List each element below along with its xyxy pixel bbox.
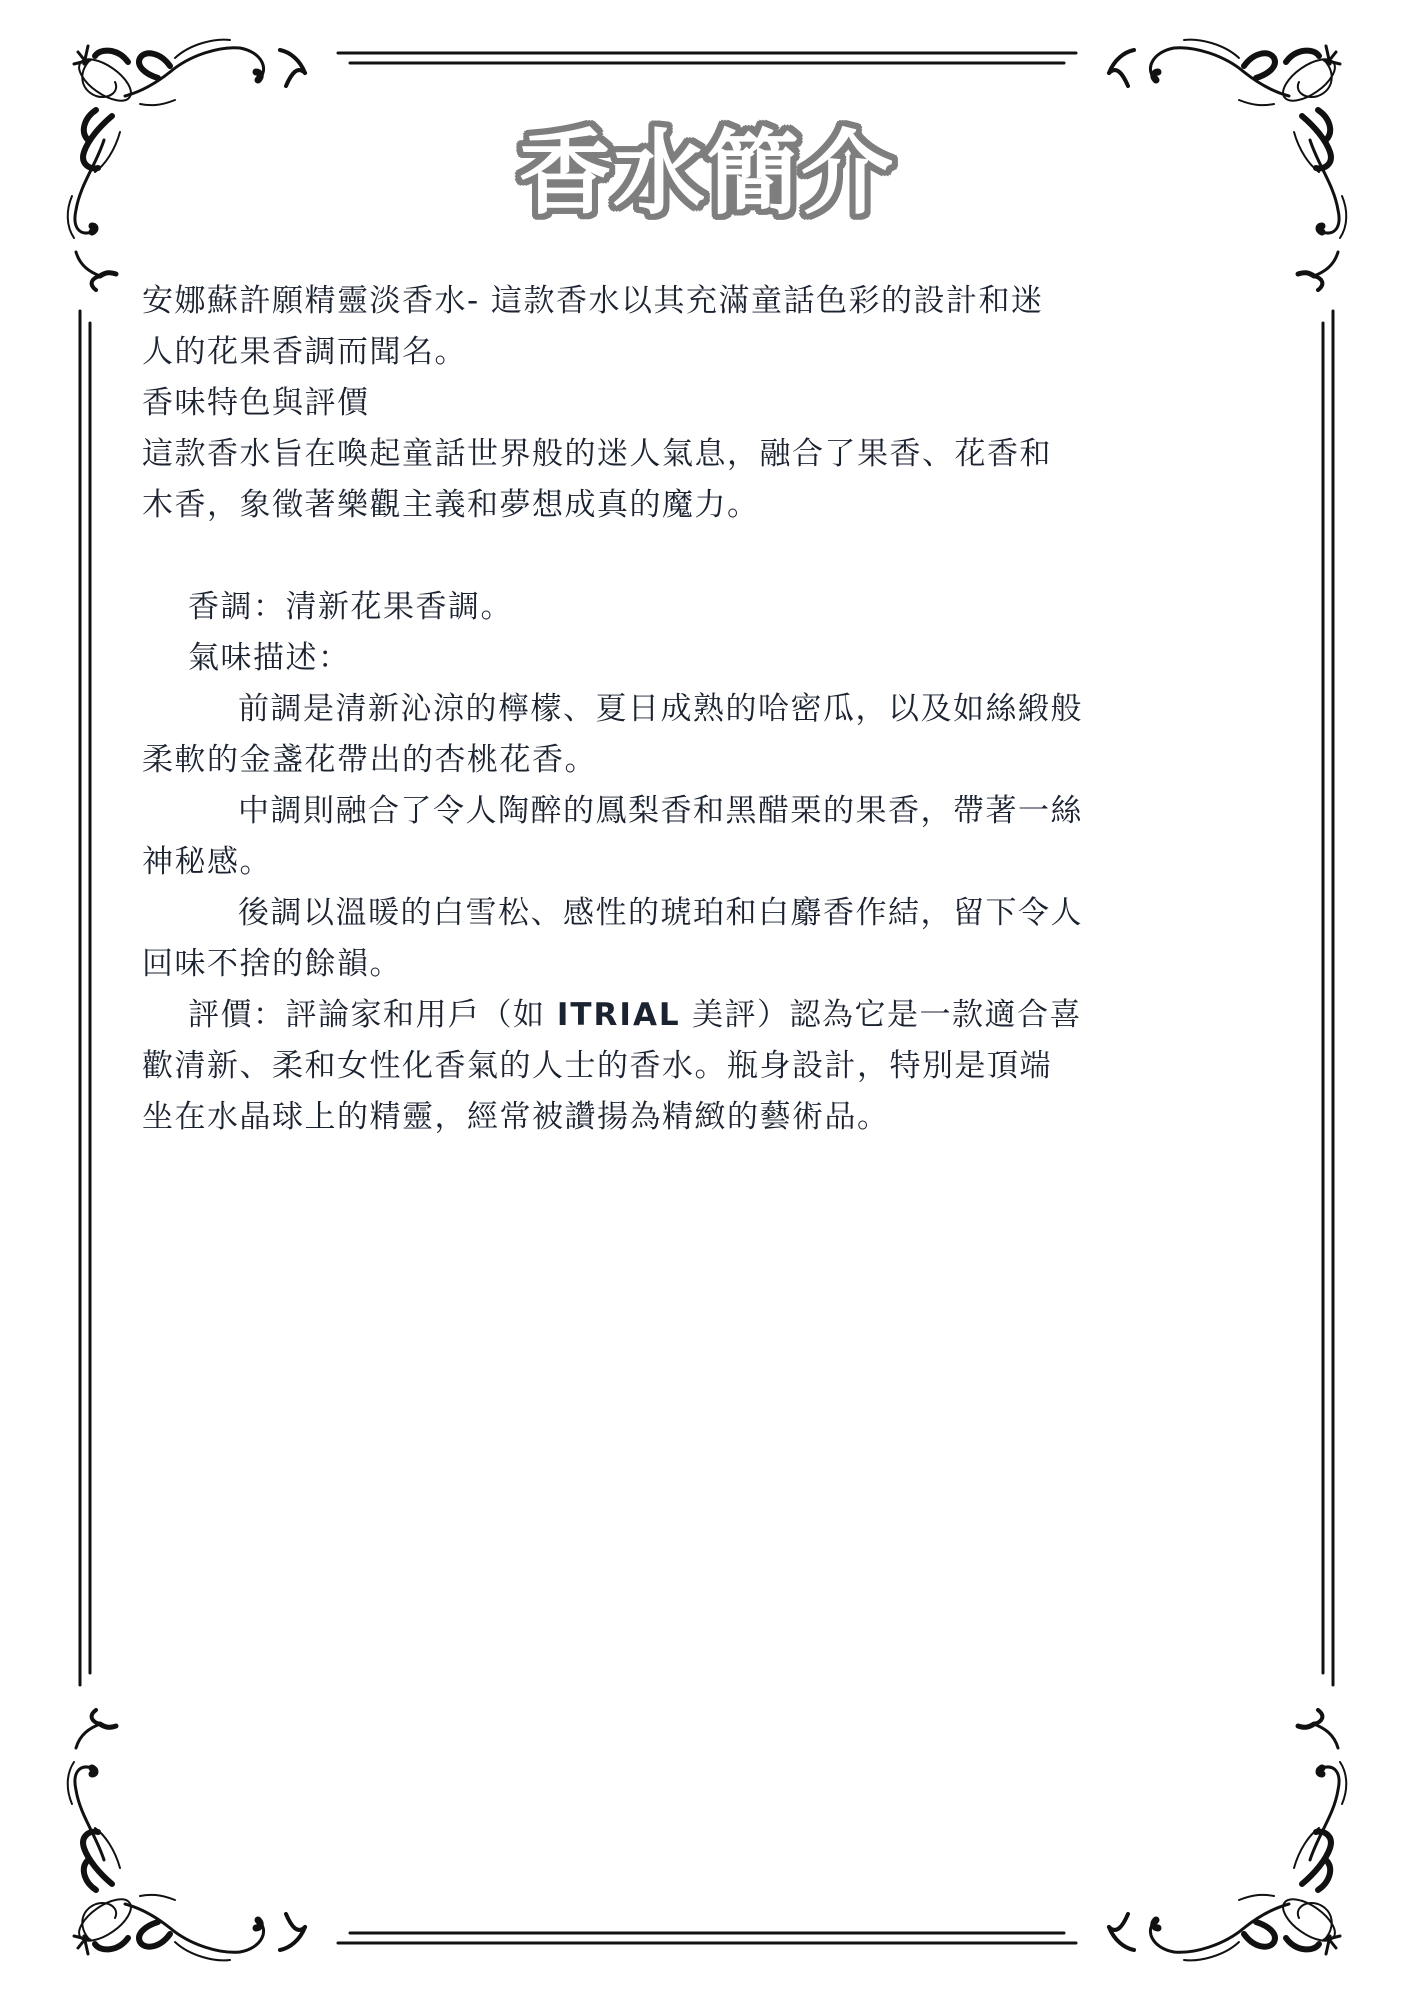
base-notes-line-2: 回味不捨的餘韻。 xyxy=(142,939,1282,990)
top-notes-line-2: 柔軟的金盞花帶出的杏桃花香。 xyxy=(142,735,1282,786)
summary-line-2: 木香，象徵著樂觀主義和夢想成真的魔力。 xyxy=(142,480,1282,531)
review-suffix: 美評）認為它是一款適合喜 xyxy=(681,997,1082,1033)
bottom-right-flourish xyxy=(1109,1710,1346,1960)
document-body: 安娜蘇許願精靈淡香水- 這款香水以其充滿童話色彩的設計和迷 人的花果香調而聞名。… xyxy=(142,276,1282,1143)
review-prefix: 評價：評論家和用戶（如 xyxy=(188,997,557,1033)
document-page: 香水簡介 安娜蘇許願精靈淡香水- 這款香水以其充滿童話色彩的設計和迷 人的花果香… xyxy=(0,0,1414,2000)
blank-spacer xyxy=(142,531,1282,582)
top-notes-line-1: 前調是清新沁涼的檸檬、夏日成熟的哈密瓜，以及如絲緞般 xyxy=(142,684,1282,735)
review-source-brand: ITRIAL xyxy=(557,997,681,1033)
summary-line-1: 這款香水旨在喚起童話世界般的迷人氣息，融合了果香、花香和 xyxy=(142,429,1282,480)
fragrance-family: 香調：清新花果香調。 xyxy=(142,582,1282,633)
section-heading: 香味特色與評價 xyxy=(142,378,1282,429)
middle-notes-line-1: 中調則融合了令人陶醉的鳳梨香和黑醋栗的果香，帶著一絲 xyxy=(142,786,1282,837)
page-title: 香水簡介 xyxy=(0,100,1414,232)
review-line-3: 坐在水晶球上的精靈，經常被讚揚為精緻的藝術品。 xyxy=(142,1092,1282,1143)
bottom-left-flourish xyxy=(68,1710,305,1960)
review-line-2: 歡清新、柔和女性化香氣的人士的香水。瓶身設計，特別是頂端 xyxy=(142,1041,1282,1092)
intro-line-2: 人的花果香調而聞名。 xyxy=(142,327,1282,378)
intro-line-1: 安娜蘇許願精靈淡香水- 這款香水以其充滿童話色彩的設計和迷 xyxy=(142,276,1282,327)
base-notes-line-1: 後調以溫暖的白雪松、感性的琥珀和白麝香作結，留下令人 xyxy=(142,888,1282,939)
review-line-1: 評價：評論家和用戶（如 ITRIAL 美評）認為它是一款適合喜 xyxy=(142,990,1282,1041)
middle-notes-line-2: 神秘感。 xyxy=(142,837,1282,888)
scent-description-label: 氣味描述： xyxy=(142,633,1282,684)
